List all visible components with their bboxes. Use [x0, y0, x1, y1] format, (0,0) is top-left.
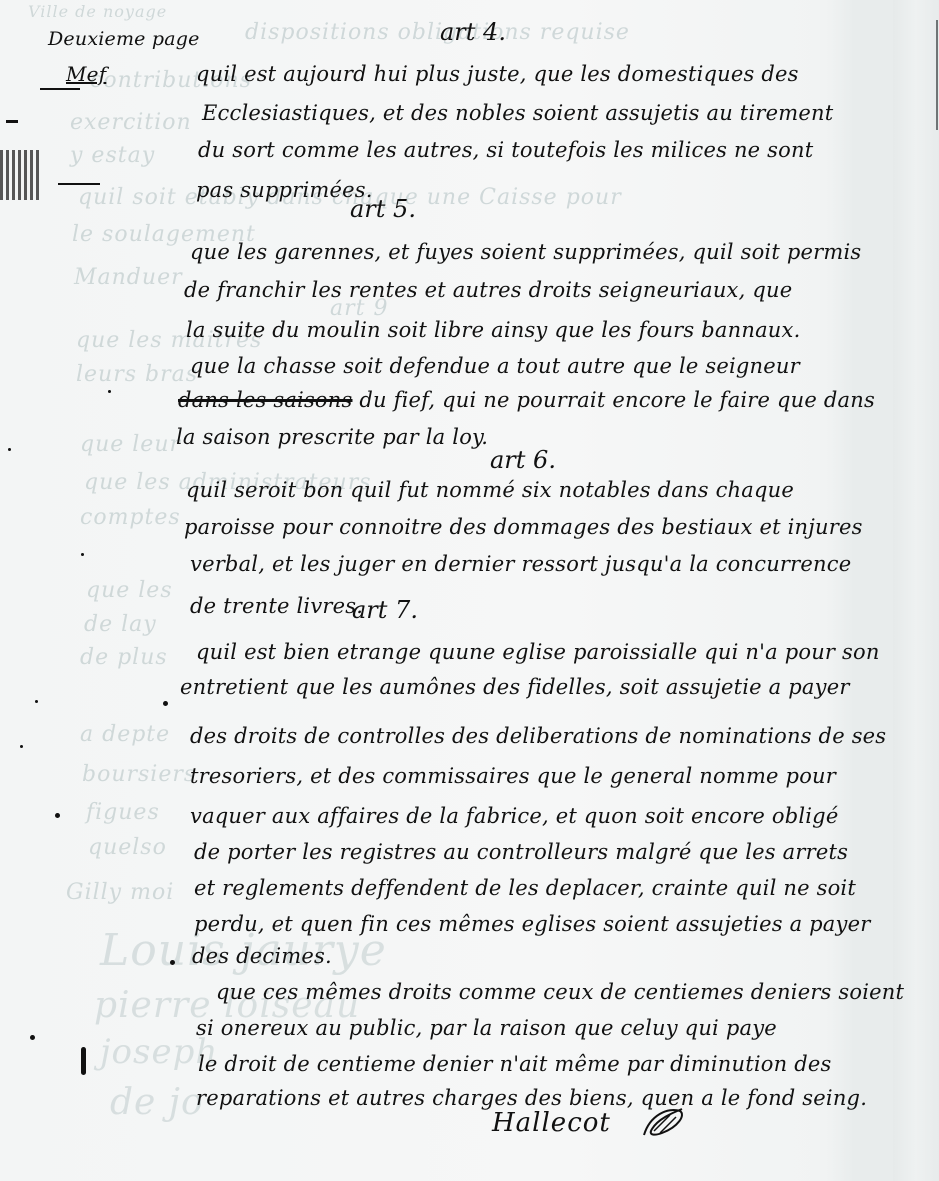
text-line: que ces mêmes droits comme ceux de centi… — [216, 980, 904, 1004]
bleed-through-text: dispositions obligations requise — [245, 20, 630, 45]
bleed-through-text: que les — [86, 578, 173, 603]
ink-dot — [30, 1035, 35, 1040]
margin-dash — [58, 183, 100, 185]
text-line: quil seroit bon quil fut nommé six notab… — [186, 478, 794, 502]
page-edge-line — [936, 20, 938, 130]
text-line: la suite du moulin soit libre ainsy que … — [186, 318, 800, 342]
bleed-through-text: figues — [86, 800, 160, 825]
signature: Hallecot — [492, 1108, 611, 1138]
bleed-through-text: leurs bras — [76, 362, 198, 387]
ink-stroke — [81, 1047, 86, 1075]
bleed-through-text: comptes — [80, 505, 181, 530]
bleed-through-text: exercition — [70, 110, 192, 135]
ink-dot — [8, 448, 11, 451]
margin-initials: Mef — [66, 62, 106, 86]
ink-dot — [81, 553, 84, 556]
text-line: que la chasse soit defendue a tout autre… — [190, 354, 800, 378]
bleed-through-text: boursiers — [82, 762, 196, 787]
text-line-content: du fief, qui ne pourrait encore le faire… — [359, 388, 875, 412]
text-line: pas supprimées. — [196, 178, 373, 202]
bleed-through-text: de lay — [84, 612, 157, 637]
text-line: verbal, et les juger en dernier ressort … — [190, 552, 851, 576]
ink-dot — [170, 960, 175, 965]
text-line: Ecclesiastiques, et des nobles soient as… — [202, 101, 833, 125]
text-line: reparations et autres charges des biens,… — [196, 1086, 867, 1110]
manuscript-page: Ville de noyage dispositions obligations… — [0, 0, 939, 1181]
bleed-through-text: a depte — [80, 722, 170, 747]
margin-dash — [40, 88, 80, 90]
text-line: du sort comme les autres, si toutefois l… — [198, 138, 813, 162]
text-line: le droit de centieme denier n'ait même p… — [198, 1052, 831, 1076]
struck-text: dans les saisons — [178, 388, 352, 412]
bleed-through-text: de plus — [80, 645, 168, 670]
margin-mark — [6, 120, 18, 123]
ink-dot — [20, 745, 23, 748]
text-line: de trente livres. — [190, 594, 363, 618]
article-heading: art 6. — [490, 446, 556, 474]
ink-dot — [35, 700, 38, 703]
bleed-through-text: que leur — [80, 432, 181, 457]
text-line: quil est bien etrange quune eglise paroi… — [196, 640, 880, 664]
ink-dot — [163, 701, 168, 706]
bleed-through-text: Manduer — [74, 265, 183, 290]
text-line: entretient que les aumônes des fidelles,… — [180, 675, 850, 699]
text-line: de porter les registres au controlleurs … — [194, 840, 848, 864]
article-heading: art 7. — [352, 596, 418, 624]
text-line: des droits de controlles des deliberatio… — [190, 724, 886, 748]
text-line: de franchir les rentes et autres droits … — [184, 278, 792, 302]
article-heading: art 4. — [440, 18, 506, 46]
text-line: tresoriers, et des commissaires que le g… — [190, 764, 836, 788]
signature-flourish-icon — [640, 1105, 688, 1139]
text-line: perdu, et quen fin ces mêmes eglises soi… — [194, 912, 870, 936]
scan-artifact — [0, 150, 42, 200]
text-line: des decimes. — [192, 944, 332, 968]
ink-dot — [108, 390, 111, 393]
bleed-through-text: Ville de noyage — [28, 2, 167, 21]
text-line: paroisse pour connoitre des dommages des… — [184, 515, 863, 539]
text-line: vaquer aux affaires de la fabrice, et qu… — [190, 804, 838, 828]
bleed-through-text: de jo — [110, 1082, 204, 1123]
text-line: si onereux au public, par la raison que … — [196, 1016, 777, 1040]
bleed-through-text: quelso — [88, 835, 167, 860]
article-heading: art 5. — [350, 195, 416, 223]
text-line: la saison prescrite par la loy. — [176, 425, 488, 449]
ink-dot — [55, 813, 60, 818]
bleed-through-text: Gilly moi — [66, 880, 174, 905]
text-line: dans les saisons du fief, qui ne pourrai… — [178, 388, 875, 412]
page-label: Deuxieme page — [48, 28, 200, 50]
text-line: que les garennes, et fuyes soient suppri… — [190, 240, 861, 264]
text-line: et reglements deffendent de les deplacer… — [194, 876, 856, 900]
text-line: quil est aujourd hui plus juste, que les… — [196, 62, 799, 86]
bleed-through-text: y estay — [70, 143, 155, 168]
